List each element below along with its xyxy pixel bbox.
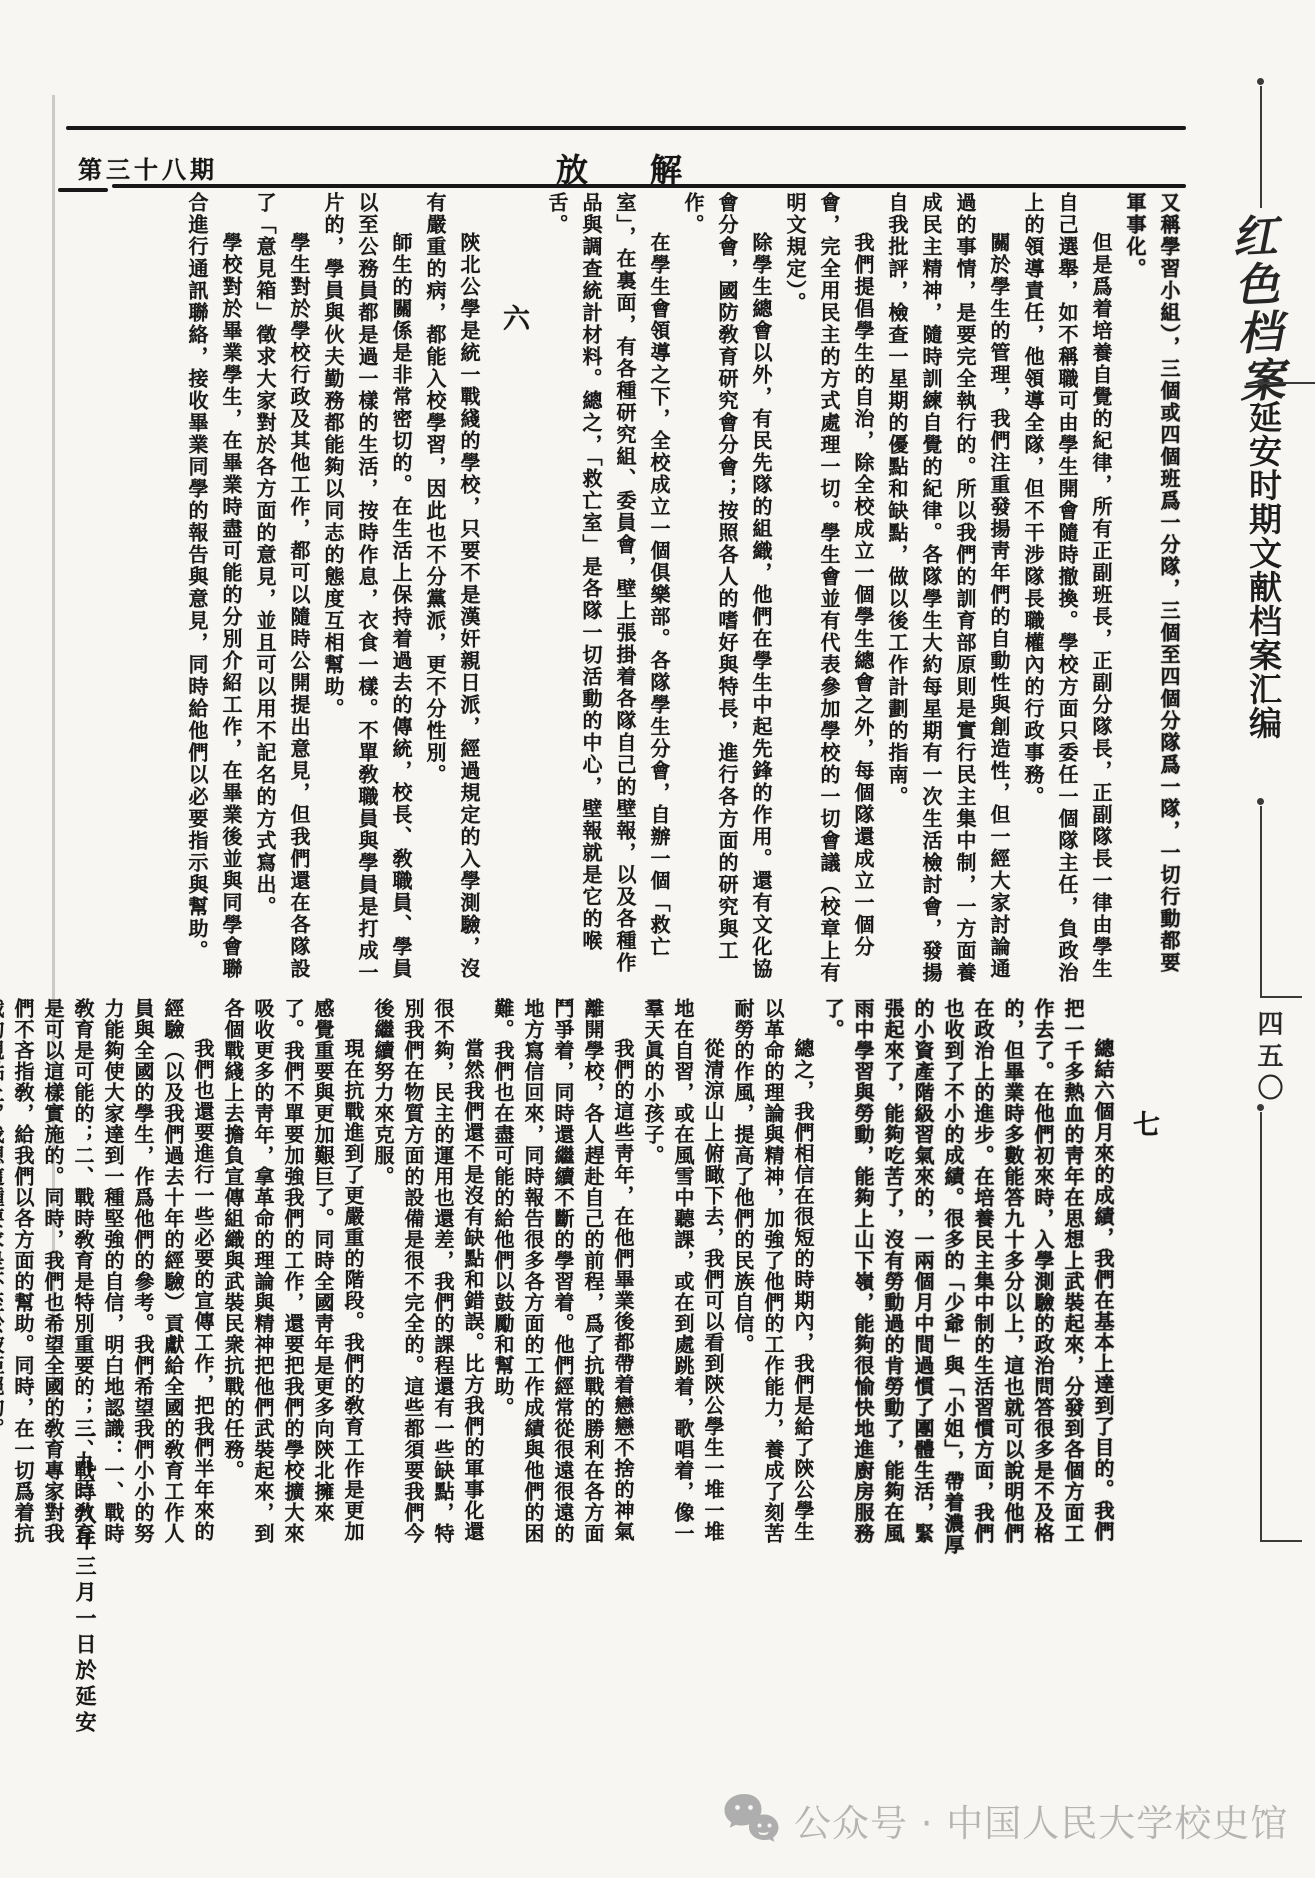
paragraph: 陝北公學是統一戰綫的學校，只要不是漢奸親日派，經過規定的入學測驗，沒有嚴重的病，… [418,192,486,987]
margin-dot-top [1257,78,1264,85]
watermark: 公众号 · 中国人民大学校史馆 [722,1792,1288,1848]
paragraph: 學校對於畢業學生，在畢業時盡可能的分別介紹工作，在畢業後並與同學會聯合進行通訊聯… [180,192,248,987]
article-bottom-block: 七總結六個月來的成績，我們在基本上達到了目的。我們把一千多熱血的靑年在思想上武裝… [60,998,1168,1560]
scanned-magazine-page: 第三十八期 解 放 又稱學習小組），三個或四個班爲一分隊，三個至四個分隊爲一隊，… [0,0,1315,1878]
series-title: 延安时期文献档案汇编 [1240,400,1287,740]
paragraph: 師生的關係是非常密切的。在生活上保持着過去的傳統，校長、敎職員、學員以至公務員都… [316,192,418,987]
wechat-bubbles-icon [722,1792,780,1848]
paragraph: 總結六個月來的成績，我們在基本上達到了目的。我們把一千多熱血的靑年在思想上武裝起… [818,998,1118,1560]
paragraph: 但是爲着培養自覺的紀律，所有正副班長，正副分隊長，正副隊長一律由學生自己選舉，如… [1016,192,1118,987]
paragraph: 當然我們還不是沒有缺點和錯誤。比方我們的軍事化還很不夠，民主的運用也還差，我們的… [368,998,488,1560]
issue-label: 第三十八期 [78,150,218,185]
header-rule-bottom [112,184,1186,188]
paragraph: 我們提倡學生的自治，除全校成立一個學生總會之外，每個隊還成立一個分會，完全用民主… [778,192,880,987]
section-heading: 六 [496,192,530,987]
paragraph: 我們也還要進行一些必要的宣傳工作，把我們半年來的經驗（以及我們過去十年的經驗）貢… [0,998,218,1560]
margin-dot-bottom [1257,1104,1264,1111]
paragraph: 從清涼山上俯瞰下去，我們可以看到陝公學生一堆一堆地在自習，或在風雪中聽課，或在到… [638,998,728,1560]
masthead-char-left: 放 [556,145,588,191]
margin-dot-lower [1257,798,1264,805]
masthead-char-right: 解 [650,145,682,191]
section-heading: 七 [1128,998,1158,1560]
header-rule-top [66,126,1186,130]
paragraph: 關於學生的管理，我們注重發揚靑年們的自動性與創造性，但一經大家討論通過的事情，是… [880,192,1016,987]
margin-rule-bottom [1260,1112,1262,1542]
paragraph: 總之，我們相信在很短的時期內，我們是給了陝公學生以革命的理論與精神，加強了他們的… [728,998,818,1560]
margin-rule-lower [1260,806,1262,998]
collection-title-calligraphy: 红色档案 [1217,211,1292,406]
paragraph: 在學生會領導之下，全校成立一個俱樂部。各隊學生分會，自辦一個「救亡室」，在裏面，… [540,192,676,987]
margin-rule-bottom-foot [1260,1540,1302,1542]
page-number: 四五〇 [1250,1010,1287,1106]
margin-tick-line [1262,382,1315,384]
paragraph: 現在抗戰進到了更嚴重的階段。我們的敎育工作是更加感覺重要與更加艱巨了。同時全國靑… [218,998,368,1560]
article-top-block: 又稱學習小組），三個或四個班爲一分隊，三個至四個分隊爲一隊，一切行動都要軍事化。… [60,192,1186,987]
watermark-text: 公众号 · 中国人民大学校史馆 [794,1793,1288,1847]
margin-rule-lower-foot [1260,996,1302,998]
paragraph: 學生對於學校行政及其他工作，都可以隨時公開提出意見，但我們還在各隊設了「意見箱」… [248,192,316,987]
dateline: 一九三八年三月一日於延安 [70,1425,100,1737]
margin-rule-top [1260,86,1262,208]
paragraph: 又稱學習小組），三個或四個班爲一分隊，三個至四個分隊爲一隊，一切行動都要軍事化。 [1118,192,1186,987]
paragraph: 我們的這些靑年，在他們畢業後都帶着戀戀不捨的神氣離開學校，各人趕赴自己的前程，爲… [488,998,638,1560]
paragraph: 除學生總會以外，有民先隊的組織，他們在學生中起先鋒的作用。還有文化協會分會，國防… [676,192,778,987]
